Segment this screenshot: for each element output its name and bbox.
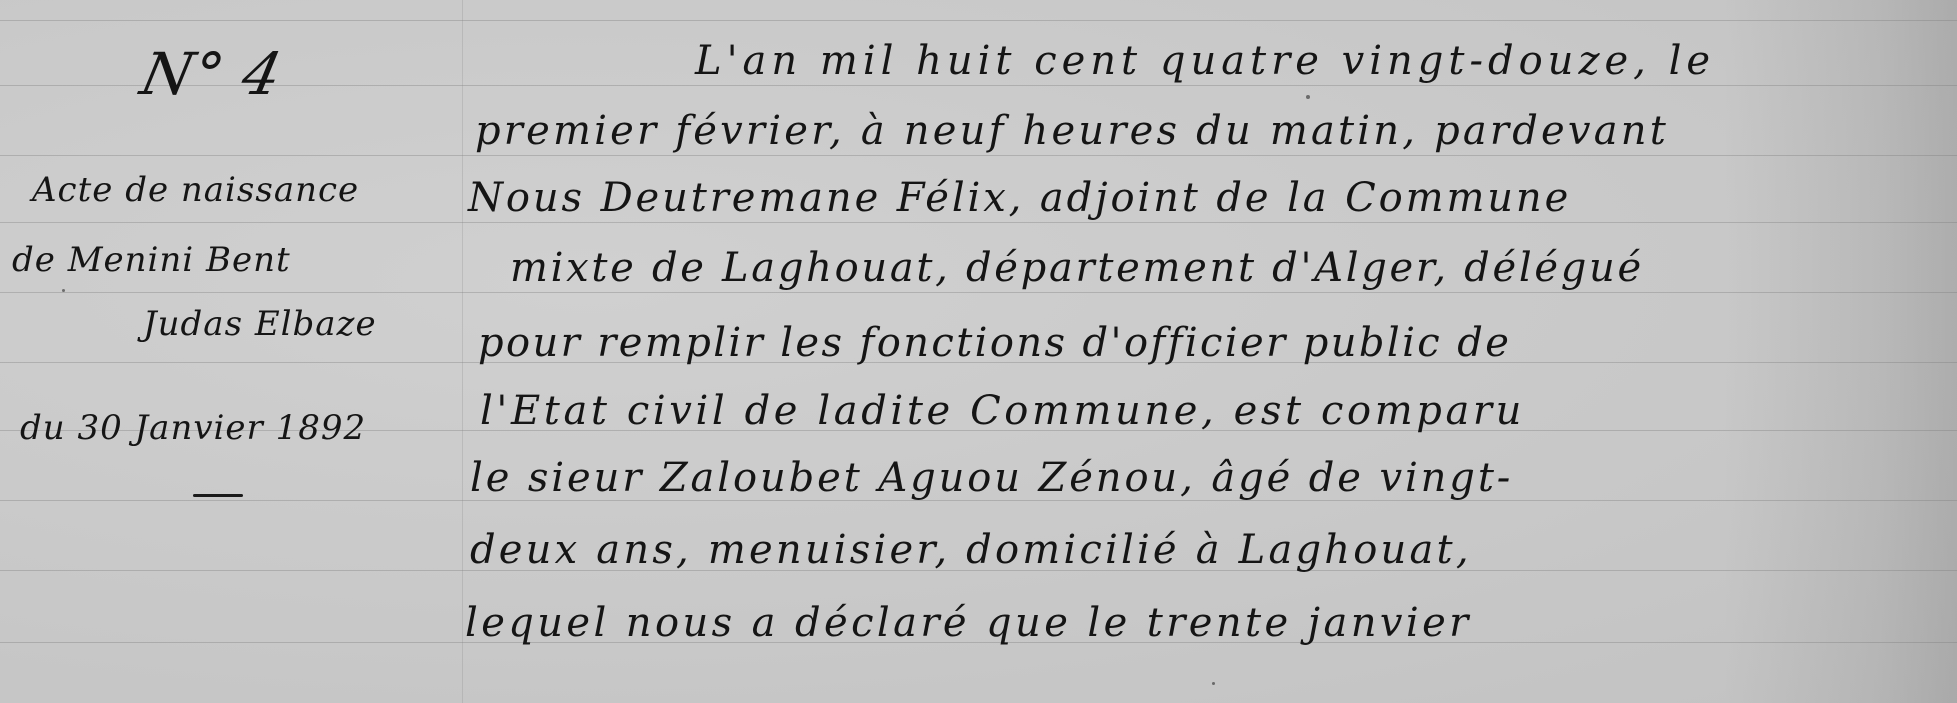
ruled-line	[0, 222, 1957, 223]
margin-line-birth-date: du 30 Janvier 1892	[20, 408, 366, 448]
body-line: Nous Deutremane Félix, adjoint de la Com…	[468, 175, 1571, 221]
ruled-line	[0, 85, 1957, 86]
body-line: pour remplir les fonctions d'officier pu…	[478, 320, 1511, 366]
acte-number: N° 4	[135, 40, 289, 108]
body-line: deux ans, menuisier, domicilié à Laghoua…	[470, 527, 1472, 573]
margin-line-father-name: Judas Elbaze	[143, 304, 377, 344]
body-line: le sieur Zaloubet Aguou Zénou, âgé de vi…	[470, 455, 1513, 501]
margin-dash	[193, 494, 243, 497]
body-line: l'Etat civil de ladite Commune, est comp…	[480, 388, 1525, 434]
ruled-line	[0, 155, 1957, 156]
margin-rule	[462, 0, 463, 703]
body-line: lequel nous a déclaré que le trente janv…	[465, 600, 1472, 646]
body-line: mixte de Laghouat, département d'Alger, …	[510, 245, 1644, 291]
body-line: premier février, à neuf heures du matin,…	[475, 108, 1669, 154]
paper-speck	[62, 289, 65, 292]
margin-line-acte-type: Acte de naissance	[32, 170, 359, 210]
ruled-line	[0, 20, 1957, 21]
margin-line-child-name: de Menini Bent	[12, 240, 291, 280]
paper-speck	[1306, 95, 1310, 99]
ruled-line	[0, 292, 1957, 293]
register-page: N° 4 Acte de naissance de Menini Bent Ju…	[0, 0, 1957, 703]
paper-speck	[1212, 682, 1215, 685]
body-line: L'an mil huit cent quatre vingt-douze, l…	[695, 38, 1715, 84]
